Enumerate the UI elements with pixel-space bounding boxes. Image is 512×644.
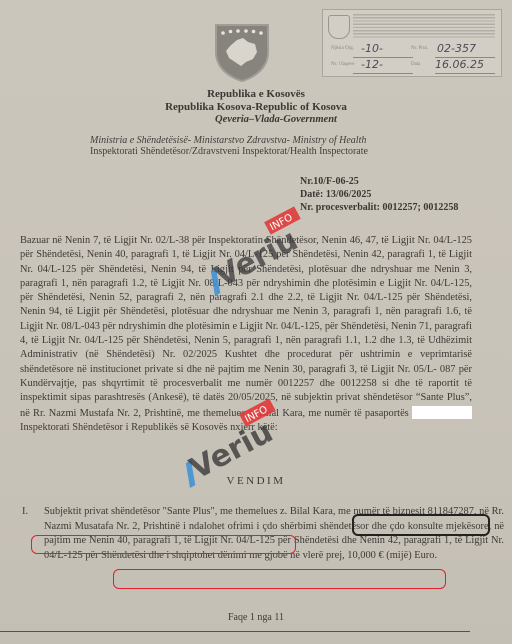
stamp-label-pages: Nr. i faqeve	[331, 62, 354, 67]
redacted-passport-number	[412, 406, 472, 419]
annotation-red-box-fine	[113, 569, 446, 589]
reference-number: Nr.10/F-06-25	[300, 176, 359, 187]
annotation-black-box	[352, 514, 490, 536]
government-line: Qeveria–Vlada-Government	[20, 114, 512, 125]
preamble: Bazuar në Nenin 7, të Ligjit Nr. 02/L-38…	[20, 234, 472, 435]
procesverbal-number: Nr. procesverbalit: 0012257; 0012258	[300, 202, 458, 213]
decision-item-number: I.	[22, 505, 28, 520]
page-number: Faqe 1 nga 11	[0, 612, 512, 623]
stamp-seal-icon	[328, 15, 350, 39]
footer-divider	[0, 631, 470, 632]
highlight-prohibition: i ndalohet ofrimi i çdo	[183, 521, 277, 532]
ministry-line: Ministria e Shëndetësisë- Ministarstvo Z…	[90, 135, 366, 146]
svg-text:INFO: INFO	[268, 212, 295, 233]
stamp-pages-value: -12-	[361, 58, 383, 71]
reference-date: Datë: 13/06/2025	[300, 189, 371, 200]
stamp-label-prot: Nr. Prot.	[411, 46, 428, 51]
country-name-multilingual: Republika Kosova-Republic of Kosova	[0, 101, 512, 113]
preamble-text-end: Inspektorati Shëndetësor i Republikës së…	[20, 422, 278, 433]
stamp-date-value: 16.06.25	[435, 58, 484, 71]
inspectorate-line: Inspektorati Shëndetësor/Zdravstveni Ins…	[90, 146, 368, 157]
preamble-text: Bazuar në Nenin 7, të Ligjit Nr. 02/L-38…	[20, 235, 472, 419]
annotation-red-box-services	[31, 535, 296, 554]
bleed-through-text	[70, 6, 270, 18]
decision-title: VENDIM	[0, 475, 512, 487]
stamp-label-date: Data	[411, 62, 420, 67]
registry-stamp: Njësia Org. -10- Nr. Prot. 02-357 Nr. i …	[322, 9, 502, 77]
kosovo-emblem-icon	[213, 22, 271, 82]
stamp-org-value: -10-	[361, 42, 383, 55]
stamp-prot-value: 02-357	[437, 42, 476, 55]
country-name-sq: Republika e Kosovës	[0, 88, 512, 100]
document-page: Njësia Org. -10- Nr. Prot. 02-357 Nr. i …	[0, 0, 512, 644]
stamp-label-org: Njësia Org.	[331, 46, 354, 51]
stamp-header	[353, 14, 495, 38]
